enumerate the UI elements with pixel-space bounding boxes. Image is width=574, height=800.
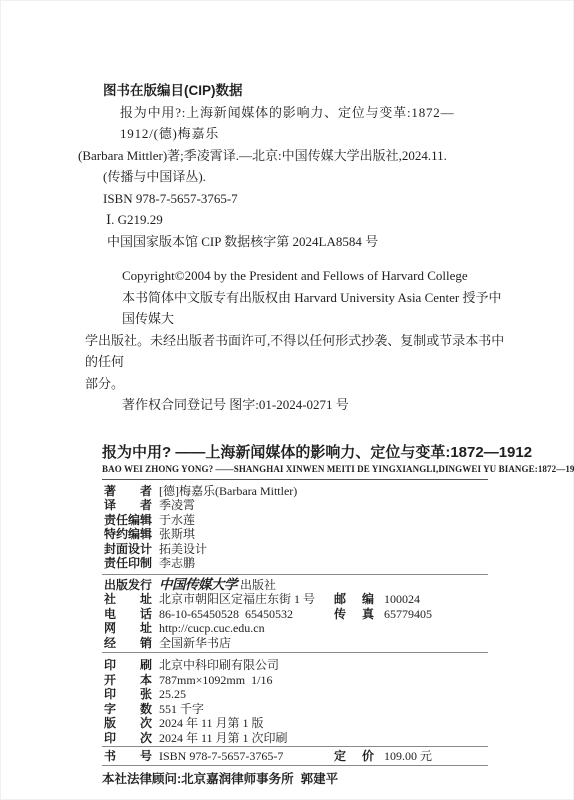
credit-label: 译者 bbox=[104, 498, 152, 513]
cip-isbn-line: ISBN 978-7-5657-3765-7 bbox=[85, 188, 505, 210]
publisher-logo-script: 中国传媒大学 bbox=[159, 577, 237, 593]
print-label: 印刷 bbox=[104, 658, 152, 673]
credit-value: 季凌霄 bbox=[159, 498, 195, 513]
print-row: 开本787mm×1092mm 1/16 bbox=[102, 673, 488, 688]
print-info-section: 印刷北京中科印刷有限公司 开本787mm×1092mm 1/16 印张25.25… bbox=[102, 653, 488, 747]
title-block: 报为中用? ——上海新闻媒体的影响力、定位与变革:1872—1912 BAO W… bbox=[102, 443, 488, 480]
isbn-price-section: 书号ISBN 978-7-5657-3765-7 定价109.00 元 bbox=[102, 747, 488, 766]
cip-class-line: Ⅰ. G219.29 bbox=[85, 209, 505, 231]
cip-block: 图书在版编目(CIP)数据 报为中用?:上海新闻媒体的影响力、定位与变革:187… bbox=[85, 0, 505, 416]
price-label: 定价 bbox=[334, 749, 374, 764]
address-row: 社址北京市朝阳区定福庄东街 1 号 邮编100024 bbox=[102, 592, 488, 607]
book-number-label: 书号 bbox=[104, 749, 152, 764]
print-value: 787mm×1092mm 1/16 bbox=[159, 673, 272, 688]
copyright-page: 图书在版编目(CIP)数据 报为中用?:上海新闻媒体的影响力、定位与变革:187… bbox=[0, 0, 574, 800]
copyright-block: Copyright©2004 by the President and Fell… bbox=[85, 265, 505, 416]
credit-value: 于水莲 bbox=[159, 513, 195, 528]
print-label: 字数 bbox=[104, 702, 152, 717]
website-value: http://cucp.cuc.edu.cn bbox=[159, 621, 265, 636]
publisher-name-suffix: 出版社 bbox=[237, 578, 276, 592]
copyright-line: Copyright©2004 by the President and Fell… bbox=[85, 265, 505, 287]
credit-row: 责任编辑于水莲 bbox=[102, 513, 488, 528]
phone-row: 电话86-10-65450528 65450532 传真65779405 bbox=[102, 607, 488, 622]
cip-series-line: (传播与中国译丛). bbox=[85, 166, 505, 188]
isbn-row: 书号ISBN 978-7-5657-3765-7 定价109.00 元 bbox=[102, 749, 488, 764]
credit-value: 李志鹏 bbox=[159, 556, 195, 571]
print-row: 印刷北京中科印刷有限公司 bbox=[102, 658, 488, 673]
print-label: 版次 bbox=[104, 716, 152, 731]
fax-value: 65779405 bbox=[384, 607, 432, 622]
distribution-label: 经销 bbox=[104, 636, 152, 651]
credit-row: 特约编辑张斯琪 bbox=[102, 527, 488, 542]
registration-line: 著作权合同登记号 图字:01-2024-0271 号 bbox=[85, 394, 505, 416]
phone-label: 电话 bbox=[104, 607, 152, 622]
license-paragraph-line: 本书简体中文版专有出版权由 Harvard University Asia Ce… bbox=[85, 287, 505, 330]
credits-section: 著者[德]梅嘉乐(Barbara Mittler) 译者季凌霄 责任编辑于水莲 … bbox=[102, 480, 488, 575]
cip-author-line: (Barbara Mittler)著;季凌霄译.—北京:中国传媒大学出版社,20… bbox=[78, 145, 505, 167]
legal-counsel-line: 本社法律顾问:北京嘉润律师事务所 郭建平 bbox=[102, 766, 488, 787]
credit-row: 责任印制李志鹏 bbox=[102, 556, 488, 571]
postcode-label: 邮编 bbox=[334, 592, 374, 607]
print-value: 551 千字 bbox=[159, 702, 204, 717]
license-paragraph-line: 部分。 bbox=[85, 373, 505, 395]
print-row: 字数551 千字 bbox=[102, 702, 488, 717]
address-value: 北京市朝阳区定福庄东街 1 号 bbox=[159, 592, 315, 607]
publisher-name: 中国传媒大学 出版社 bbox=[159, 578, 276, 593]
credit-value: 拓美设计 bbox=[159, 542, 207, 557]
credit-label: 责任编辑 bbox=[104, 513, 152, 528]
fax-group: 传真65779405 bbox=[334, 607, 432, 622]
print-label: 印张 bbox=[104, 687, 152, 702]
price-group: 定价109.00 元 bbox=[334, 749, 432, 764]
credit-value: [德]梅嘉乐(Barbara Mittler) bbox=[159, 484, 297, 499]
print-label: 开本 bbox=[104, 673, 152, 688]
print-row: 印次2024 年 11 月第 1 次印刷 bbox=[102, 731, 488, 746]
print-value: 2024 年 11 月第 1 版 bbox=[159, 716, 264, 731]
print-row: 版次2024 年 11 月第 1 版 bbox=[102, 716, 488, 731]
postcode-value: 100024 bbox=[384, 592, 420, 607]
distribution-value: 全国新华书店 bbox=[159, 636, 231, 651]
publisher-row: 出版发行中国传媒大学 出版社 bbox=[102, 578, 488, 593]
credit-value: 张斯琪 bbox=[159, 527, 195, 542]
address-label: 社址 bbox=[104, 592, 152, 607]
credit-label: 封面设计 bbox=[104, 542, 152, 557]
print-value: 25.25 bbox=[159, 687, 186, 702]
credit-row: 著者[德]梅嘉乐(Barbara Mittler) bbox=[102, 484, 488, 499]
cip-title-line: 报为中用?:上海新闻媒体的影响力、定位与变革:1872—1912/(德)梅嘉乐 bbox=[85, 102, 505, 145]
print-row: 印张25.25 bbox=[102, 687, 488, 702]
credit-row: 译者季凌霄 bbox=[102, 498, 488, 513]
postcode-group: 邮编100024 bbox=[334, 592, 420, 607]
cip-heading: 图书在版编目(CIP)数据 bbox=[85, 80, 505, 102]
credit-label: 特约编辑 bbox=[104, 527, 152, 542]
print-label: 印次 bbox=[104, 731, 152, 746]
license-paragraph-line: 学出版社。未经出版者书面许可,不得以任何形式抄袭、复制或节录本书中的任何 bbox=[85, 330, 505, 373]
website-label: 网址 bbox=[104, 621, 152, 636]
distribution-row: 经销全国新华书店 bbox=[102, 636, 488, 651]
credit-label: 责任印制 bbox=[104, 556, 152, 571]
book-title: 报为中用? ——上海新闻媒体的影响力、定位与变革:1872—1912 bbox=[102, 443, 488, 462]
credit-row: 封面设计拓美设计 bbox=[102, 542, 488, 557]
print-value: 2024 年 11 月第 1 次印刷 bbox=[159, 731, 288, 746]
book-number-value: ISBN 978-7-5657-3765-7 bbox=[159, 749, 283, 764]
price-value: 109.00 元 bbox=[384, 749, 432, 764]
phone-value: 86-10-65450528 65450532 bbox=[159, 607, 293, 622]
credit-label: 著者 bbox=[104, 484, 152, 499]
cip-record-line: 中国国家版本馆 CIP 数据核字第 2024LA8584 号 bbox=[85, 231, 505, 253]
print-value: 北京中科印刷有限公司 bbox=[159, 658, 279, 673]
publisher-label: 出版发行 bbox=[104, 578, 152, 593]
fax-label: 传真 bbox=[334, 607, 374, 622]
book-title-pinyin: BAO WEI ZHONG YONG? ——SHANGHAI XINWEN ME… bbox=[102, 463, 488, 476]
publisher-section: 出版发行中国传媒大学 出版社 社址北京市朝阳区定福庄东街 1 号 邮编10002… bbox=[102, 575, 488, 654]
colophon-block: 报为中用? ——上海新闻媒体的影响力、定位与变革:1872—1912 BAO W… bbox=[102, 443, 488, 787]
website-row: 网址http://cucp.cuc.edu.cn bbox=[102, 621, 488, 636]
